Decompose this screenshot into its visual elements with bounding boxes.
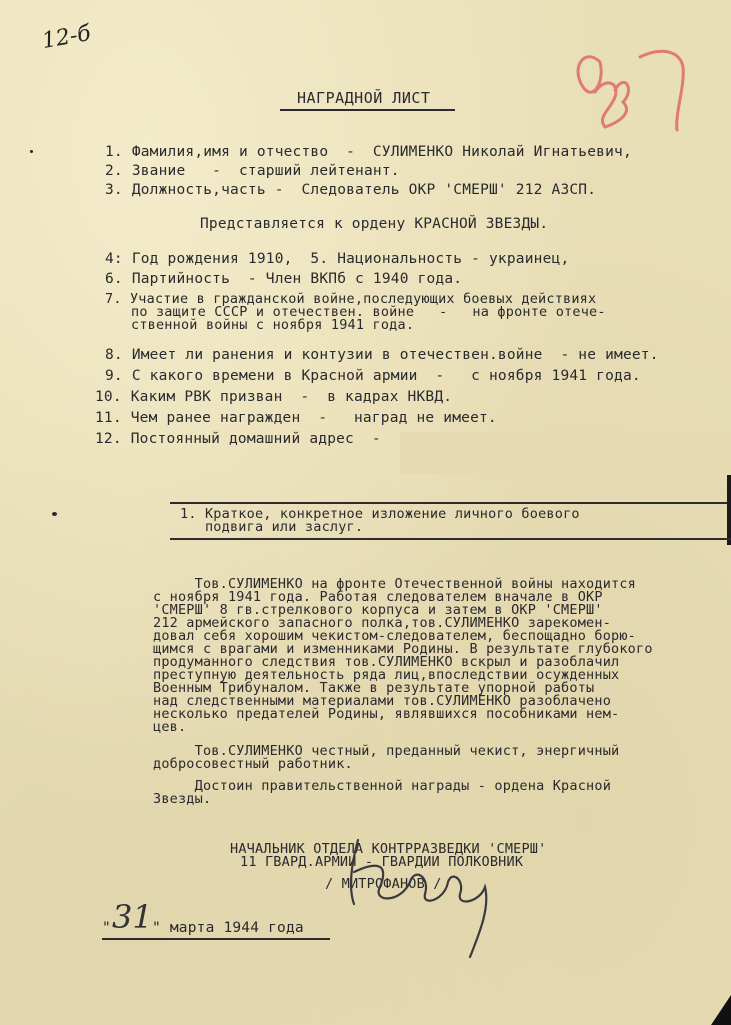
svg-text:28: 28 <box>565 42 584 46</box>
section-rule-bottom <box>170 538 731 540</box>
date-underline <box>102 938 330 940</box>
field-row: 6. Партийность - Член ВКПб с 1940 года. <box>105 272 462 287</box>
field-row: 10. Каким РВК призван - в кадрах НКВД. <box>95 390 452 405</box>
title-underline <box>280 109 455 111</box>
margin-bar <box>727 475 731 545</box>
section-heading-line: подвига или заслуг. <box>180 521 363 534</box>
field-row: 9. С какого времени в Красной армии - с … <box>105 369 641 384</box>
field-row: 11. Чем ранее награжден - наград не имее… <box>95 411 497 426</box>
narrative-line: цев. <box>153 721 186 734</box>
narrative-line: добросовестный работник. <box>153 758 353 771</box>
date-day: 31 <box>112 898 153 936</box>
field-row-cont: ственной войны с ноября 1941 года. <box>131 319 414 332</box>
field-row: 8. Имеет ли ранения и контузии в отечест… <box>105 348 659 363</box>
document-title: НАГРАДНОЙ ЛИСТ <box>297 91 430 106</box>
field-row: 4: Год рождения 1910, 5. Национальность … <box>105 252 569 267</box>
section-rule-top <box>170 502 731 504</box>
paper-speck <box>30 150 33 153</box>
handwritten-signature <box>330 832 520 962</box>
red-pencil-mark: 28 <box>565 42 695 132</box>
nomination-line: Представляется к ордену КРАСНОЙ ЗВЕЗДЫ. <box>200 217 548 232</box>
date-open-quote: " <box>102 921 111 936</box>
field-row: 2. Звание - старший лейтенант. <box>105 164 400 179</box>
narrative-line: Звезды. <box>153 793 211 806</box>
field-row: 3. Должность,часть - Следователь ОКР 'СМ… <box>105 183 596 198</box>
field-row: 12. Постоянный домашний адрес - <box>95 432 381 447</box>
redacted-address <box>400 432 731 474</box>
narrative-line: Достоин правительственной награды - орде… <box>153 780 611 793</box>
page-corner <box>711 995 731 1025</box>
field-row: 1. Фамилия,имя и отчество - СУЛИМЕНКО Ни… <box>105 145 632 160</box>
date-text: " марта 1944 года <box>152 921 304 936</box>
paper-speck <box>52 512 57 516</box>
archive-number: 12-б <box>40 21 92 54</box>
narrative-line: несколько предателей Родины, являвшихся … <box>153 708 619 721</box>
